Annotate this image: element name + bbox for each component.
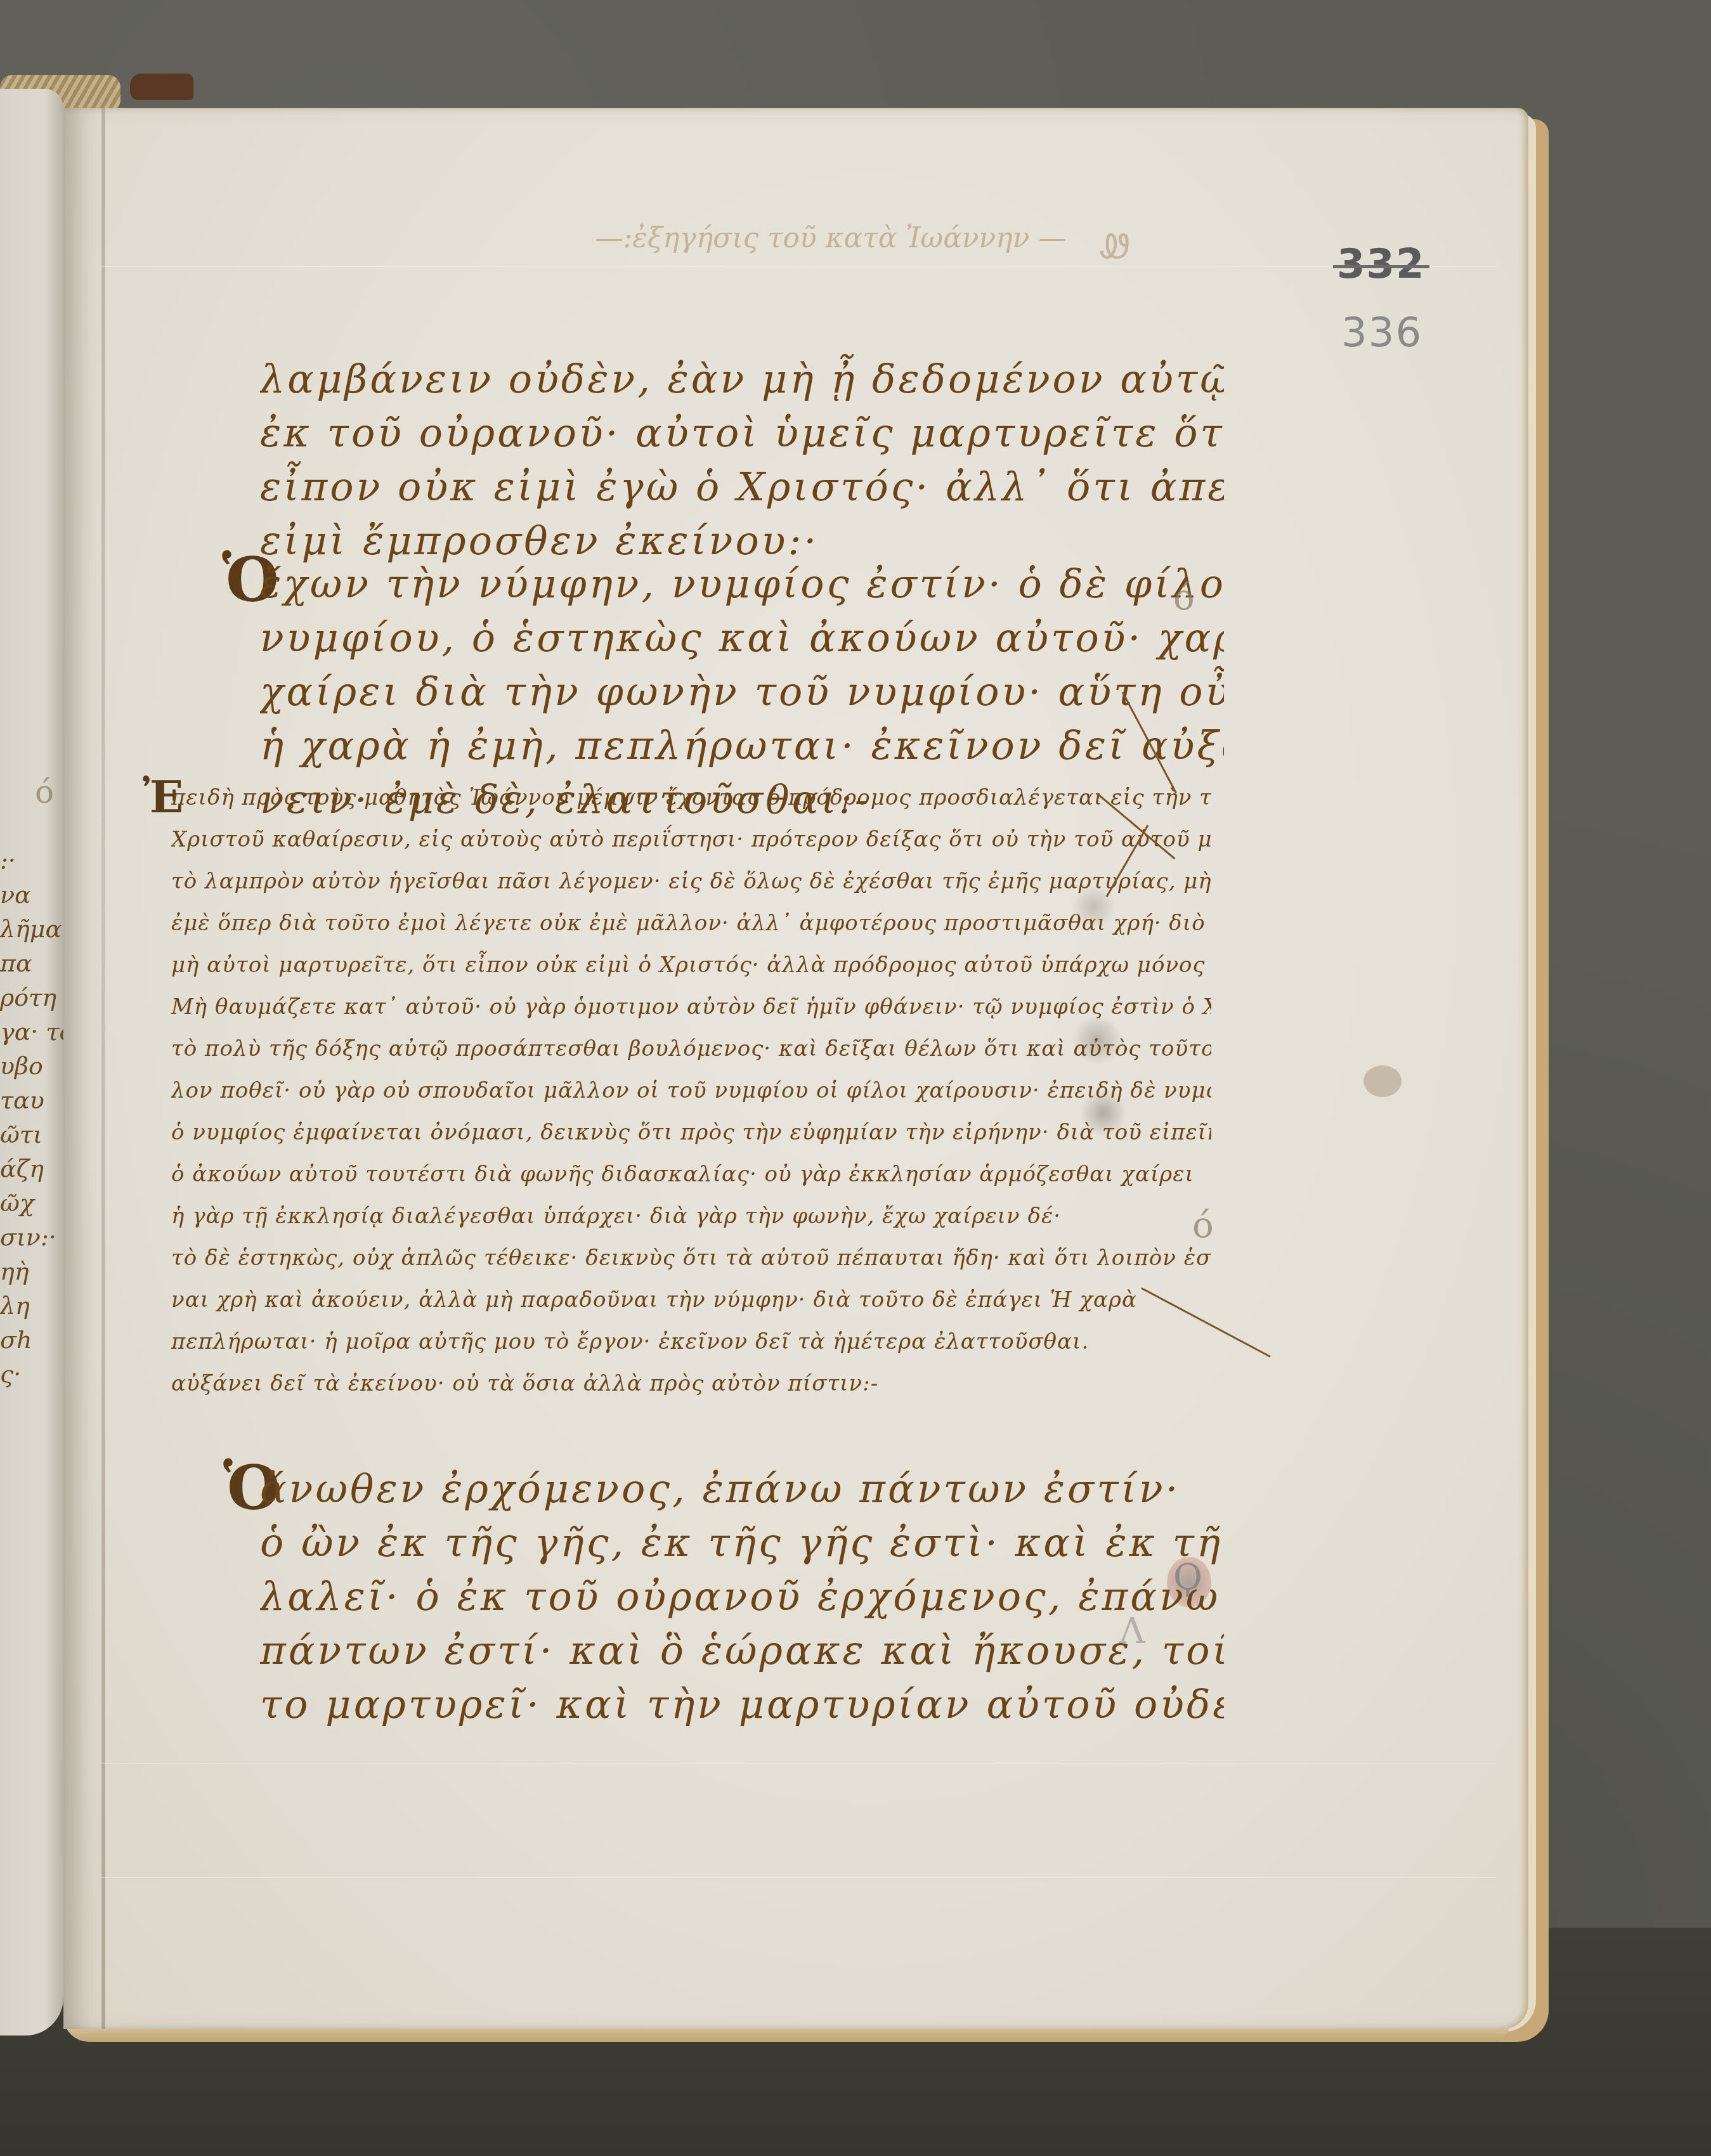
folio-number-current: 336 — [1341, 309, 1422, 356]
fragment: λη — [0, 1289, 63, 1323]
text-line: το μαρτυρεῖ· καὶ τὴν μαρτυρίαν αὐτοῦ οὐδ… — [260, 1677, 1224, 1731]
fragment: ηὴ — [0, 1254, 63, 1289]
text-line: λαλεῖ· ὁ ἐκ τοῦ οὐρανοῦ ἐρχόμενος, ἐπάνω — [260, 1569, 1224, 1623]
commentary-line: Χριστοῦ καθαίρεσιν, εἰς αὐτοὺς αὐτὸ περι… — [171, 819, 1211, 860]
text-line: πάντων ἐστί· καὶ ὃ ἑώρακε καὶ ἤκουσε, το… — [260, 1623, 1224, 1677]
commentary-block: πειδὴ πρὸς τοὺς μαθητὰς Ἰωάννου μέμψιν ἔ… — [171, 777, 1211, 1405]
fragment: ρότη — [0, 980, 63, 1015]
leather-tab — [130, 74, 193, 100]
fragment: λῆμαι — [0, 912, 63, 946]
fragment: πα — [0, 946, 63, 980]
fragment: ῶχ — [0, 1186, 63, 1220]
commentary-line: τὸ δὲ ἑστηκὼς, οὐχ ἁπλῶς τέθεικε· δεικνὺ… — [171, 1237, 1211, 1279]
text-line: ἐκ τοῦ οὐρανοῦ· αὐτοὶ ὑμεῖς μαρτυρεῖτε ὅ… — [260, 406, 1224, 460]
commentary-line: ναι χρὴ καὶ ἀκούειν, ἀλλὰ μὴ παραδοῦναι … — [171, 1279, 1211, 1321]
left-facing-page: :· να λῆμαι πα ρότη γα· το υβο ταυ ῶτι ά… — [0, 89, 63, 2036]
fragment: :· — [0, 843, 63, 878]
margin-mark-lambda: Λ — [1119, 1611, 1145, 1652]
commentary-line: ἡ γὰρ τῇ ἐκκλησίᾳ διαλέγεσθαι ὑπάρχει· δ… — [171, 1195, 1211, 1237]
commentary-line: ὁ ἀκούων αὐτοῦ τουτέστι διὰ φωνῆς διδασκ… — [171, 1153, 1211, 1195]
margin-mark: ό — [1192, 1205, 1214, 1246]
running-title: —:ἐξηγήσις τοῦ κατὰ Ἰωάννην — — [457, 222, 1205, 254]
gutter-fold — [101, 108, 105, 2029]
commentary-line: αὐξάνει δεῖ τὰ ἐκείνου· οὐ τὰ ὅσια ἀλλὰ … — [171, 1363, 1211, 1405]
ruling-line — [101, 1763, 1497, 1763]
commentary-line: τὸ λαμπρὸν αὐτὸν ἡγεῖσθαι πᾶσι λέγομεν· … — [171, 860, 1211, 902]
stain — [1363, 1065, 1402, 1097]
fragment: σιν:· — [0, 1220, 63, 1254]
fragment: ῶτι — [0, 1117, 63, 1152]
fragment: άζη — [0, 1152, 63, 1186]
gospel-text-block-3: ἄνωθεν ἐρχόμενος, ἐπάνω πάντων ἐστίν· ὁ … — [260, 1462, 1224, 1731]
margin-mark-stain: Ϙ — [1173, 1557, 1202, 1598]
text-line: ἔχων τὴν νύμφην, νυμφίος ἐστίν· ὁ δὲ φίλ… — [260, 557, 1224, 611]
commentary-line: λον ποθεῖ· οὐ γὰρ οὐ σπουδαῖοι μᾶλλον οἱ… — [171, 1070, 1211, 1112]
commentary-line: τὸ πολὺ τῆς δόξης αὐτῷ προσάπτεσθαι βουλ… — [171, 1028, 1211, 1070]
ruling-line — [101, 266, 1497, 267]
fragment: ταυ — [0, 1083, 63, 1117]
commentary-line: μὴ αὐτοὶ μαρτυρεῖτε, ὅτι εἶπον οὐκ εἰμὶ … — [171, 944, 1211, 986]
fragment: να — [0, 878, 63, 912]
text-line: χαίρει διὰ τὴν φωνὴν τοῦ νυμφίου· αὕτη ο… — [260, 665, 1224, 718]
text-line: ἄνωθεν ἐρχόμενος, ἐπάνω πάντων ἐστίν· — [260, 1462, 1224, 1516]
fragment: ς· — [0, 1357, 63, 1391]
commentary-line: ὁ νυμφίος ἐμφαίνεται ὀνόμασι, δεικνὺς ὅτ… — [171, 1112, 1211, 1153]
commentary-line: πεπλήρωται· ἡ μοῖρα αὐτῆς μου τὸ ἔργον· … — [171, 1321, 1211, 1363]
fragment: γα· το — [0, 1015, 63, 1049]
commentary-line: ἐμὲ ὅπερ διὰ τοῦτο ἐμοὶ λέγετε οὐκ ἐμὲ μ… — [171, 902, 1211, 944]
commentary-line: πειδὴ πρὸς τοὺς μαθητὰς Ἰωάννου μέμψιν ἔ… — [171, 777, 1211, 819]
gospel-text-block-1: λαμβάνειν οὐδὲν, ἐὰν μὴ ᾖ δεδομένον αὐτῷ… — [260, 352, 1224, 568]
text-line: ἡ χαρὰ ἡ ἐμὴ, πεπλήρωται· ἐκεῖνον δεῖ αὐ… — [260, 718, 1224, 772]
fragment: σh — [0, 1323, 63, 1357]
margin-mark: ό — [1173, 577, 1195, 618]
text-line: εἶπον οὐκ εἰμὶ ἐγὼ ὁ Χριστός· ἀλλ᾽ ὅτι ἀ… — [260, 460, 1224, 514]
text-line: ὁ ὢν ἐκ τῆς γῆς, ἐκ τῆς γῆς ἐστὶ· καὶ ἐκ… — [260, 1516, 1224, 1569]
text-line: λαμβάνειν οὐδὲν, ἐὰν μὴ ᾖ δεδομένον αὐτῷ — [260, 352, 1224, 406]
fragment: υβο — [0, 1049, 63, 1083]
text-line: νυμφίου, ὁ ἑστηκὼς καὶ ἀκούων αὐτοῦ· χαρ… — [260, 611, 1224, 665]
quire-mark: Ꮺ — [1100, 228, 1130, 267]
commentary-line: Μὴ θαυμάζετε κατ᾽ αὐτοῦ· οὐ γὰρ ὁμοτιμον… — [171, 986, 1211, 1028]
ruling-line — [101, 1877, 1497, 1878]
folio-number-old: 332 — [1337, 241, 1426, 288]
left-page-margin-fragments: :· να λῆμαι πα ρότη γα· το υβο ταυ ῶτι ά… — [0, 843, 63, 1391]
margin-mark: ό — [35, 774, 54, 810]
